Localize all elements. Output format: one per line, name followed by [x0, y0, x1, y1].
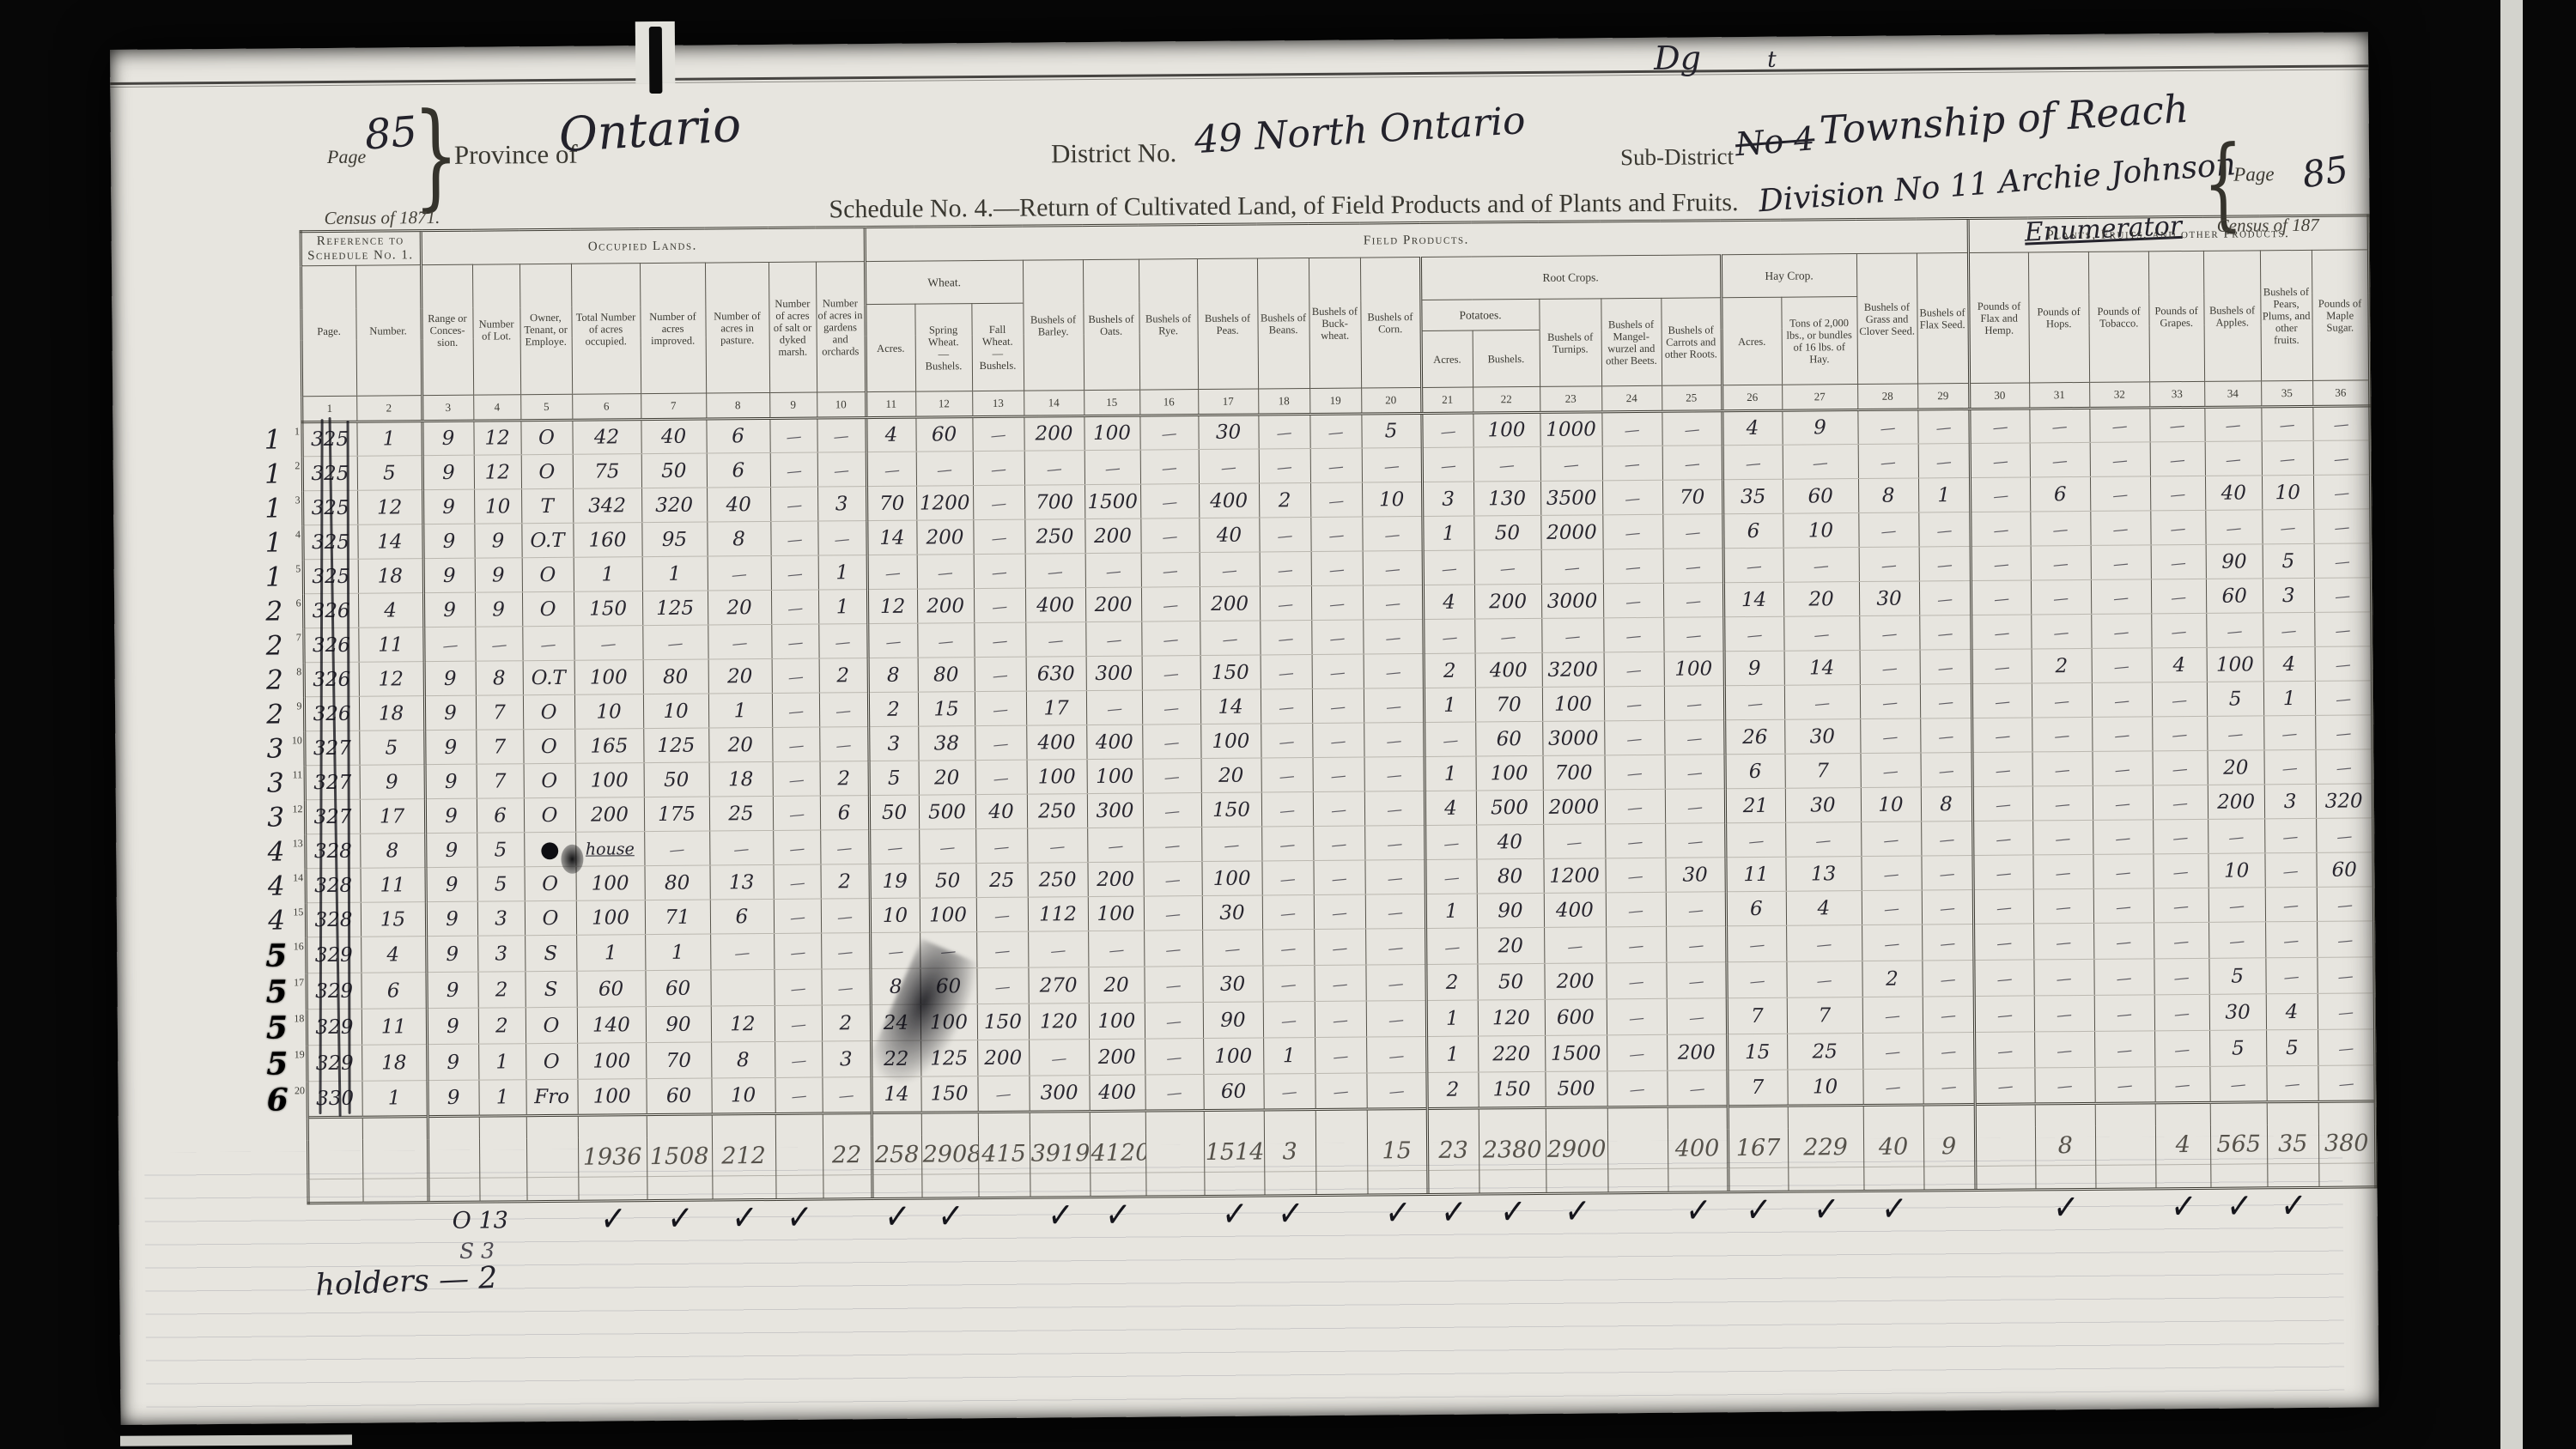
table-cell: 5 — [2209, 1030, 2266, 1067]
ink-blot — [649, 27, 663, 94]
col-page: Page. — [301, 265, 356, 396]
table-cell: — — [1313, 791, 1364, 826]
dash-mark: — — [2280, 518, 2297, 538]
table-cell: — — [1261, 724, 1312, 758]
table-cell: 9 — [424, 730, 476, 764]
table-cell — [526, 1115, 578, 1137]
dash-mark: — — [833, 461, 850, 481]
table-cell: 125 — [642, 591, 708, 626]
dash-mark: — — [1331, 869, 1348, 888]
dash-mark: — — [1881, 727, 1899, 747]
table-cell: — — [2152, 682, 2207, 717]
table-cell: — — [1605, 755, 1665, 790]
dash-mark: — — [1748, 972, 1765, 991]
table-cell: 212 — [712, 1136, 775, 1176]
table-cell: — — [1666, 892, 1726, 927]
dash-mark: — — [1329, 731, 1346, 751]
row-line-number: 20 — [289, 1082, 307, 1118]
column-number: 4 — [473, 395, 520, 421]
dash-mark: — — [2111, 417, 2129, 437]
margin-group-number: 3 — [264, 800, 288, 834]
table-cell: — — [2153, 750, 2208, 785]
dash-mark: — — [2171, 622, 2188, 642]
table-cell: — — [821, 969, 870, 1005]
dash-mark: — — [992, 700, 1009, 720]
table-cell: — — [2152, 716, 2207, 751]
table-cell: 150 — [1201, 792, 1261, 828]
dash-mark: — — [2111, 485, 2129, 505]
table-cell: 2 — [1862, 961, 1922, 997]
dash-mark: — — [2116, 1040, 2133, 1060]
dash-mark: — — [1439, 456, 1456, 476]
dash-mark: — — [1935, 452, 1952, 472]
table-cell: — — [973, 451, 1024, 485]
table-cell: 4 — [361, 937, 426, 973]
table-cell: 130 — [1473, 481, 1540, 516]
table-cell: — — [819, 693, 868, 727]
table-cell: — — [1970, 512, 2030, 547]
table-cell: — — [2318, 1029, 2374, 1066]
table-cell: 9 — [422, 489, 474, 524]
col-turnips: Bushels of Turnips. — [1539, 299, 1601, 387]
dash-mark: — — [1382, 457, 1400, 476]
table-cell — [921, 1174, 978, 1199]
table-cell — [578, 1115, 647, 1138]
table-cell: O.T — [523, 660, 574, 694]
table-cell — [1546, 1107, 1607, 1131]
table-cell: 327 — [305, 765, 360, 800]
table-cell: 60 — [1475, 721, 1542, 756]
dash-mark: — — [1277, 629, 1294, 649]
dash-mark: — — [1162, 561, 1179, 581]
col-hay-tons: Tons of 2,000 lbs., or bundles of 16 lbs… — [1781, 297, 1857, 385]
dash-mark: — — [733, 943, 750, 963]
table-cell — [1145, 1133, 1204, 1173]
table-cell — [1090, 1111, 1145, 1134]
table-cell: — — [773, 796, 820, 830]
table-cell: — — [774, 969, 821, 1005]
table-cell — [823, 1113, 872, 1136]
table-cell: 1 — [708, 693, 772, 728]
census-page: Page 85 } Province of Ontario Census of … — [110, 32, 2379, 1425]
dash-mark: — — [1105, 631, 1122, 651]
table-cell — [2267, 1163, 2318, 1187]
table-cell: — — [1085, 621, 1141, 657]
table-cell: — — [1662, 411, 1722, 446]
dash-mark: — — [1277, 595, 1294, 615]
table-cell: — — [522, 626, 574, 660]
table-cell — [2095, 1125, 2155, 1166]
table-cell: — — [2032, 820, 2093, 855]
table-cell: — — [1029, 1040, 1089, 1076]
table-cell: — — [973, 519, 1024, 554]
dash-mark: — — [2112, 588, 2129, 608]
table-cell: 200 — [1474, 584, 1541, 619]
col-acres-pasture: Number of acres in pasture. — [705, 262, 769, 393]
dash-mark: — — [1166, 1083, 1183, 1103]
table-cell — [479, 1116, 526, 1138]
table-cell — [1607, 1129, 1668, 1169]
table-cell: 100 — [1476, 755, 1543, 791]
table-cell: — — [1422, 447, 1473, 482]
table-cell: — — [1259, 449, 1310, 483]
table-cell: 9 — [426, 972, 477, 1008]
table-cell: — — [1261, 827, 1313, 861]
table-cell: — — [2264, 749, 2316, 784]
table-cell: — — [972, 416, 1024, 451]
subdistrict-struck-handwritten: No 4 — [1734, 119, 1816, 163]
table-cell: — — [1722, 445, 1783, 480]
table-cell: 400 — [1199, 483, 1259, 518]
table-cell — [2155, 1164, 2210, 1189]
dash-mark: — — [2335, 689, 2352, 709]
table-cell: — — [773, 864, 820, 899]
dash-mark: — — [2116, 1004, 2133, 1024]
table-cell: — — [2092, 717, 2152, 752]
table-cell: — — [1364, 826, 1425, 861]
subdistrict-value-handwritten: Township of Reach — [1819, 86, 2190, 154]
table-cell — [362, 1179, 428, 1203]
right-page-number-handwritten: 85 — [2300, 148, 2351, 196]
dash-mark: — — [1165, 976, 1182, 996]
table-cell — [1315, 1131, 1367, 1171]
table-cell: 100 — [1203, 1038, 1263, 1075]
table-cell: — — [1783, 548, 1859, 583]
table-cell: 25 — [709, 796, 773, 831]
checkmark: ✓ — [1498, 1193, 1527, 1234]
table-cell: — — [867, 555, 917, 589]
table-cell: — — [1263, 1002, 1315, 1038]
dash-mark: — — [2114, 760, 2131, 779]
dash-mark: — — [1048, 837, 1066, 857]
table-cell: 415 — [978, 1134, 1030, 1173]
table-cell: — — [1028, 931, 1088, 968]
table-cell: 250 — [1027, 794, 1087, 829]
table-cell: 20 — [1201, 758, 1261, 793]
col-mangel: Bushels of Mangel­wurzel and other Beets… — [1601, 298, 1662, 386]
dash-mark: — — [1686, 900, 1704, 920]
margin-group-number: 1 — [261, 525, 285, 560]
dash-mark: — — [1625, 524, 1642, 543]
table-cell: — — [1603, 583, 1663, 618]
table-cell: — — [2315, 681, 2372, 716]
col-hops: Pounds of Hops. — [2028, 252, 2089, 383]
dash-mark: — — [1164, 940, 1182, 960]
column-number: 34 — [2204, 381, 2261, 408]
table-cell: 60 — [915, 417, 972, 452]
table-cell — [775, 1113, 823, 1136]
table-cell: 200 — [1087, 862, 1143, 897]
col-acres-gardens: Number of acres in gardens and orchards — [816, 262, 866, 392]
table-cell: — — [2034, 995, 2094, 1032]
table-cell: — — [2265, 852, 2317, 887]
table-cell: 14 — [866, 520, 916, 555]
table-cell: — — [1784, 685, 1860, 720]
corner-mark2-handwritten: t — [1767, 47, 1777, 73]
table-cell: — — [1607, 998, 1667, 1035]
dash-mark: — — [786, 564, 803, 584]
table-cell: — — [975, 828, 1027, 863]
dash-mark: — — [2054, 795, 2071, 815]
table-cell: 7 — [1785, 754, 1861, 789]
table-cell: 10 — [711, 1077, 775, 1114]
table-cell — [1315, 1171, 1367, 1195]
dash-mark: — — [787, 736, 805, 755]
table-cell: — — [2093, 751, 2153, 786]
dash-mark: — — [938, 632, 955, 652]
dash-mark: — — [1812, 453, 1829, 473]
dash-mark: — — [2172, 794, 2189, 814]
table-cell: 14 — [357, 524, 422, 560]
table-cell: — — [2032, 751, 2093, 786]
table-cell: O — [522, 591, 574, 626]
dash-mark: — — [2054, 761, 2071, 780]
table-cell — [479, 1138, 526, 1178]
table-cell: 6 — [1725, 754, 1785, 789]
col-pears: Bushels of Pears, Plums, and other fruit… — [2260, 250, 2312, 380]
table-cell: — — [1084, 450, 1140, 485]
check-cell — [1608, 1192, 1669, 1250]
table-cell: 70 — [1475, 687, 1542, 722]
dash-mark: — — [1880, 419, 1897, 439]
table-cell: — — [2154, 853, 2208, 888]
table-cell: O — [523, 729, 574, 763]
table-cell: 2908 — [921, 1135, 978, 1175]
table-cell: — — [1143, 828, 1201, 863]
dash-mark: — — [731, 634, 748, 653]
table-cell: 80 — [918, 658, 975, 693]
table-cell: — — [1140, 484, 1199, 519]
table-cell: — — [2091, 614, 2151, 649]
table-cell: 9 — [474, 524, 521, 558]
dash-mark: — — [2054, 726, 2071, 746]
table-cell: — — [1861, 822, 1921, 857]
row-line-number: 4 — [285, 525, 302, 560]
table-cell — [775, 1175, 823, 1199]
dash-mark: — — [1994, 726, 2011, 746]
table-cell: 120 — [1029, 1003, 1089, 1040]
dash-mark: — — [2228, 931, 2245, 951]
table-cell — [1479, 1107, 1546, 1131]
table-cell: 60 — [576, 971, 645, 1008]
dash-mark: — — [786, 495, 803, 515]
table-cell: — — [1258, 415, 1309, 449]
table-cell: 2 — [1424, 653, 1475, 688]
column-number: 18 — [1258, 389, 1309, 415]
table-cell: — — [2153, 819, 2208, 854]
table-cell: — — [2151, 613, 2206, 648]
table-cell: — — [2154, 994, 2209, 1031]
table-cell — [1546, 1169, 1607, 1194]
dash-mark: — — [1162, 596, 1179, 615]
table-cell: 150 — [977, 1003, 1029, 1040]
table-cell: — — [1141, 553, 1200, 588]
column-number: 27 — [1782, 385, 1857, 411]
dash-mark: — — [1499, 559, 1516, 579]
table-cell: 5 — [2266, 1029, 2318, 1065]
dash-mark: — — [1995, 829, 2012, 849]
table-cell: 1 — [576, 935, 645, 972]
dash-mark: — — [886, 839, 903, 858]
table-cell: — — [1974, 960, 2034, 997]
dash-mark: — — [836, 943, 854, 962]
table-cell: — — [1666, 962, 1726, 999]
table-cell: — — [1364, 723, 1424, 758]
table-cell: — — [1366, 1072, 1426, 1109]
dash-mark: — — [2172, 760, 2189, 779]
col-wheat-acres: Acres. — [865, 304, 915, 391]
table-cell: — — [1314, 894, 1365, 929]
dash-mark: — — [993, 906, 1011, 926]
table-cell — [1030, 1173, 1090, 1198]
table-cell — [1367, 1170, 1427, 1195]
dash-mark: — — [1747, 694, 1764, 714]
checkmark: ✓ — [1812, 1191, 1840, 1232]
table-cell: 80 — [643, 659, 708, 694]
table-cell: — — [1920, 718, 1971, 752]
table-cell: 7 — [1727, 1070, 1787, 1106]
table-cell: 11 — [361, 1009, 427, 1046]
table-cell: 3 — [817, 487, 866, 521]
column-number: 6 — [572, 394, 641, 421]
table-cell — [307, 1179, 362, 1203]
table-cell: — — [423, 627, 475, 661]
table-cell: 10 — [474, 489, 521, 524]
dash-mark: — — [1276, 458, 1293, 477]
table-cell: — — [818, 624, 867, 658]
table-cell: — — [1202, 930, 1262, 967]
dash-mark: — — [1686, 694, 1703, 714]
dash-mark: — — [2113, 657, 2130, 676]
table-cell: 2 — [477, 972, 525, 1008]
table-cell: — — [2150, 510, 2205, 545]
table-cell: — — [644, 831, 709, 866]
margin-group-number: 2 — [263, 697, 287, 731]
dash-mark: — — [2281, 759, 2299, 779]
col-corn: Bushels of Corn. — [1360, 258, 1421, 389]
dash-mark: — — [883, 461, 900, 481]
dash-mark: — — [2336, 931, 2354, 950]
dash-mark: — — [1332, 1010, 1349, 1030]
table-cell: — — [772, 658, 819, 693]
schedule-title: Schedule No. 4.—Return of Cultivated Lan… — [829, 188, 1738, 224]
dash-mark: — — [2169, 485, 2186, 505]
dash-mark: — — [1385, 766, 1402, 785]
table-cell: 10 — [643, 694, 708, 729]
table-cell: 7 — [476, 730, 523, 764]
dash-mark: — — [1499, 627, 1516, 647]
table-cell: 100 — [1087, 759, 1143, 794]
dash-mark: — — [2337, 1075, 2354, 1094]
dash-mark: — — [1625, 592, 1642, 612]
table-cell — [307, 1139, 362, 1179]
table-cell: — — [2267, 1065, 2318, 1101]
dash-mark: — — [1329, 663, 1346, 682]
check-cell — [1316, 1195, 1369, 1252]
table-cell: — — [1263, 1074, 1315, 1110]
check-cell: ✓ — [1030, 1197, 1091, 1255]
dash-mark: — — [1686, 729, 1703, 749]
table-cell: — — [1923, 996, 1974, 1032]
table-cell: — — [1663, 583, 1723, 618]
table-cell — [1728, 1167, 1788, 1192]
table-cell: — — [1423, 619, 1474, 653]
table-cell: — — [1604, 720, 1664, 755]
check-cell: ✓ — [1265, 1196, 1317, 1252]
district-value-handwritten: 49 North Ontario — [1194, 99, 1527, 162]
checkmark: ✓ — [1220, 1196, 1249, 1237]
table-cell: — — [2150, 476, 2205, 511]
dash-mark: — — [1992, 452, 2009, 471]
table-cell — [2035, 1103, 2095, 1126]
dash-mark: — — [838, 1086, 855, 1106]
table-cell: 15 — [361, 902, 426, 937]
table-cell: 6 — [820, 796, 869, 830]
table-cell: 4 — [1425, 791, 1476, 825]
column-number: 26 — [1722, 385, 1782, 411]
table-cell: 22 — [823, 1136, 872, 1175]
table-cell: — — [1604, 686, 1664, 721]
table-cell: 30 — [1665, 858, 1725, 893]
ink-blot — [561, 845, 583, 874]
table-cell: 40 — [1476, 824, 1543, 859]
table-cell: — — [1971, 649, 2032, 684]
table-cell: — — [2034, 1031, 2094, 1068]
margin-group-number: 5 — [265, 1009, 289, 1046]
table-cell: — — [1261, 655, 1312, 689]
table-cell: 1 — [1426, 1000, 1478, 1036]
table-cell: — — [917, 623, 974, 658]
table-cell: 2380 — [1479, 1130, 1546, 1170]
table-cell: 100 — [575, 866, 644, 901]
table-cell: 10 — [1783, 513, 1858, 549]
dash-mark: — — [2284, 1075, 2301, 1094]
dash-mark: — — [1281, 1082, 1298, 1102]
dash-mark: — — [599, 634, 617, 654]
table-cell: — — [1025, 554, 1085, 589]
dash-mark: — — [1687, 1008, 1704, 1028]
table-cell — [2318, 1101, 2375, 1125]
checkmark: ✓ — [1563, 1193, 1591, 1234]
table-cell: — — [2154, 958, 2209, 995]
table-cell: — — [2093, 854, 2154, 889]
table-cell: — — [1921, 821, 1972, 855]
table-cell: — — [1145, 1003, 1203, 1040]
table-cell: — — [1364, 757, 1425, 792]
table-cell: 30 — [1785, 788, 1861, 823]
table-cell: — — [2205, 441, 2262, 476]
table-cell: 50 — [644, 762, 709, 797]
dash-mark: — — [1220, 458, 1237, 477]
row-line-number: 8 — [287, 663, 304, 697]
dash-mark: — — [788, 873, 805, 893]
table-cell: — — [1024, 451, 1084, 486]
table-cell: 35 — [1722, 479, 1783, 514]
table-cell: 10 — [1861, 787, 1921, 822]
table-cell: 160 — [573, 523, 641, 558]
subgroup-wheat: Wheat. — [865, 260, 1023, 304]
column-number: 2 — [356, 396, 422, 422]
dash-mark: — — [1327, 457, 1345, 476]
dash-mark: — — [1745, 557, 1762, 577]
table-cell: — — [820, 830, 869, 864]
table-cell: — — [2208, 819, 2264, 854]
margin-group-number: 3 — [263, 731, 287, 766]
table-cell: 26 — [1724, 719, 1784, 755]
margin-group-number: 5 — [265, 1046, 289, 1082]
table-cell: 1 — [642, 556, 708, 591]
checkmark: ✓ — [1104, 1197, 1133, 1238]
